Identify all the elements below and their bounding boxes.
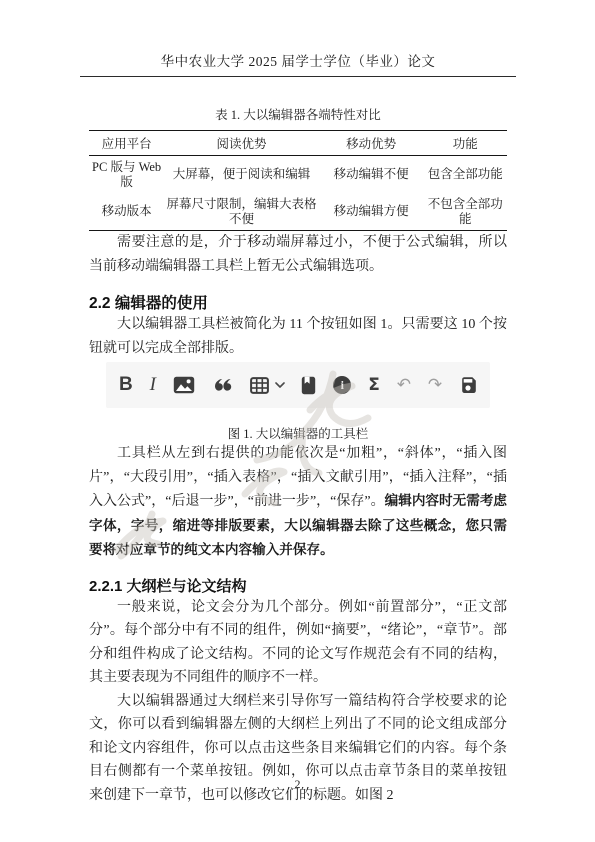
save-icon xyxy=(459,376,477,394)
table-cell: 移动编辑不便 xyxy=(319,156,424,194)
table-cell: PC 版与 Web 版 xyxy=(89,156,164,194)
table-cell: 不包含全部功能 xyxy=(423,193,507,231)
table-caption: 表 1. 大以编辑器各端特性对比 xyxy=(89,105,507,123)
table-header-cell: 移动优势 xyxy=(319,131,424,156)
table-header-row: 应用平台 阅读优势 移动优势 功能 xyxy=(89,131,507,156)
blockquote-icon xyxy=(212,378,233,393)
figure-caption: 图 1. 大以编辑器的工具栏 xyxy=(89,424,507,442)
table-cell: 包含全部功能 xyxy=(423,156,507,194)
paragraph: 一般来说，论文会分为几个部分。例如“前置部分”，“正文部分”。每个部分中有不同的… xyxy=(89,596,507,690)
info-icon: i xyxy=(333,376,351,394)
page-number: 2 xyxy=(0,777,595,792)
insert-image-icon xyxy=(173,376,195,394)
table-cell: 移动编辑方便 xyxy=(319,193,424,231)
italic-icon: I xyxy=(150,374,156,396)
table-header-cell: 阅读优势 xyxy=(164,131,319,156)
chevron-down-icon xyxy=(275,382,285,389)
paragraph: 大以编辑器工具栏被简化为 11 个按钮如图 1。只需要这 10 个按钮就可以完成… xyxy=(89,313,507,360)
table-row: PC 版与 Web 版 大屏幕，便于阅读和编辑 移动编辑不便 包含全部功能 xyxy=(89,156,507,194)
section-heading-2-2: 2.2 编辑器的使用 xyxy=(89,291,507,313)
paragraph: 需要注意的是，介于移动端屏幕过小，不便于公式编辑，所以当前移动端编辑器工具栏上暂… xyxy=(89,231,507,278)
note-icon xyxy=(301,376,316,395)
document-page: 华中农业大学 2025 届学士学位（毕业）论文 表 1. 大以编辑器各端特性对比… xyxy=(0,0,595,842)
editor-toolbar-figure: B I xyxy=(106,362,490,408)
running-head: 华中农业大学 2025 届学士学位（毕业）论文 xyxy=(80,50,516,77)
table-row: 移动版本 屏幕尺寸限制，编辑大表格不便 移动编辑方便 不包含全部功能 xyxy=(89,193,507,231)
formula-icon: Σ xyxy=(368,375,380,395)
table-cell: 移动版本 xyxy=(89,193,164,231)
bold-icon: B xyxy=(119,374,133,396)
table-cell: 屏幕尺寸限制，编辑大表格不便 xyxy=(164,193,319,231)
table-cell: 大屏幕，便于阅读和编辑 xyxy=(164,156,319,194)
table-grid-icon xyxy=(250,377,269,394)
table-header-cell: 功能 xyxy=(423,131,507,156)
undo-icon: ↶ xyxy=(397,377,411,394)
section-heading-2-2-1: 2.2.1 大纲栏与论文结构 xyxy=(89,575,507,596)
comparison-table: 应用平台 阅读优势 移动优势 功能 PC 版与 Web 版 大屏幕，便于阅读和编… xyxy=(89,130,507,231)
insert-table-control xyxy=(250,377,285,394)
table-header-cell: 应用平台 xyxy=(89,131,164,156)
paragraph: 工具栏从左到右提供的功能依次是“加粗”，“斜体”，“插入图片”，“大段引用”，“… xyxy=(89,442,507,563)
redo-icon: ↷ xyxy=(428,377,442,394)
